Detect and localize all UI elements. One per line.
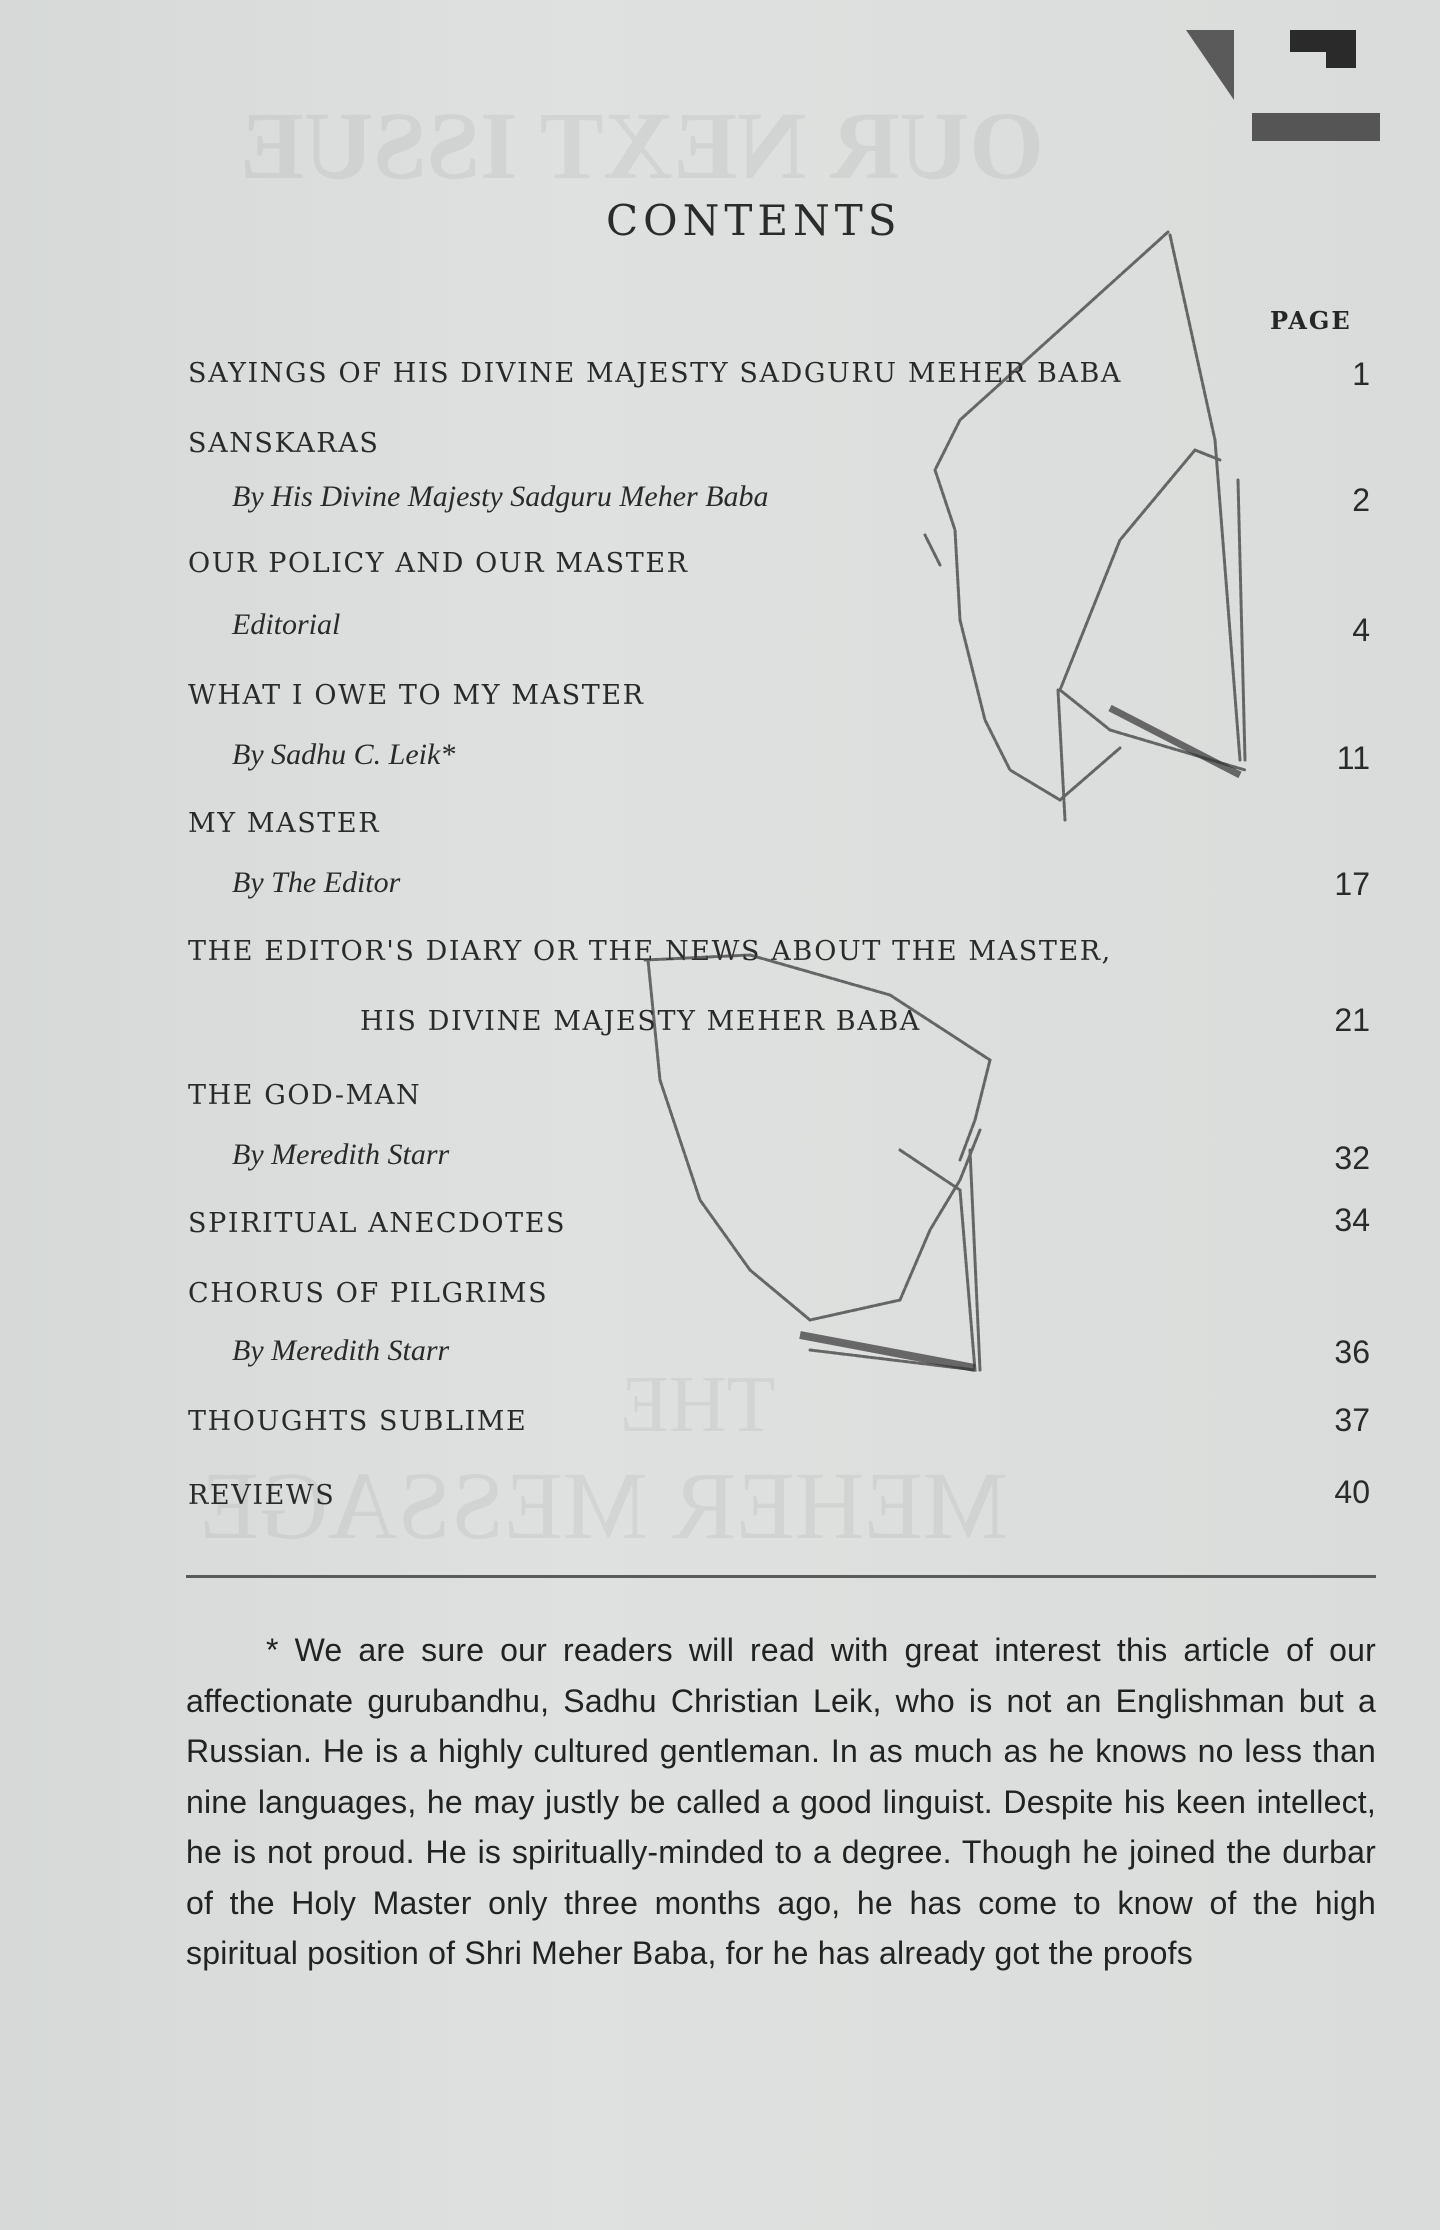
corner-mark-wedge	[1186, 30, 1234, 100]
toc-entry-title[interactable]: THOUGHTS SUBLIME	[188, 1406, 527, 1437]
toc-entry-title[interactable]: OUR POLICY AND OUR MASTER	[188, 548, 689, 579]
toc-entry-page: 4	[1352, 612, 1370, 649]
bleed-through-heading: OUR NEXT ISSUE	[240, 90, 1044, 201]
toc-entry-title[interactable]: THE GOD-MAN	[188, 1080, 421, 1111]
page-column-header: PAGE	[1270, 306, 1352, 335]
toc-entry-title[interactable]: SANSKARAS	[188, 428, 379, 459]
toc-entry-page: 36	[1334, 1334, 1370, 1371]
toc-entry-page: 34	[1334, 1202, 1370, 1239]
footnote: * We are sure our readers will read with…	[186, 1625, 1376, 1979]
corner-mark-bar	[1252, 113, 1380, 141]
toc-entry-title[interactable]: CHORUS OF PILGRIMS	[188, 1278, 548, 1309]
toc-entry-title[interactable]: SAYINGS OF HIS DIVINE MAJESTY SADGURU ME…	[188, 358, 1122, 389]
toc-entry-author: By Meredith Starr	[232, 1334, 449, 1368]
toc-entry-page: 40	[1334, 1474, 1370, 1511]
toc-entry-title[interactable]: THE EDITOR'S DIARY OR THE NEWS ABOUT THE…	[188, 936, 1112, 967]
toc-entry-page: 17	[1334, 866, 1370, 903]
toc-entry-author: By The Editor	[232, 866, 400, 900]
contents-title: CONTENTS	[606, 196, 902, 245]
toc-entry-title[interactable]: MY MASTER	[188, 808, 380, 839]
toc-entry-author: By His Divine Majesty Sadguru Meher Baba	[232, 480, 769, 514]
toc-entry-page: 37	[1334, 1402, 1370, 1439]
toc-entry-title-continued[interactable]: HIS DIVINE MAJESTY MEHER BABA	[360, 1006, 921, 1037]
bleed-through-the: THE	[620, 1360, 776, 1451]
footnote-text: * We are sure our readers will read with…	[186, 1625, 1376, 1979]
toc-entry-page: 11	[1337, 740, 1370, 777]
toc-entry-author: By Meredith Starr	[232, 1138, 449, 1172]
toc-entry-author: Editorial	[232, 608, 340, 642]
toc-entry-page: 32	[1334, 1140, 1370, 1177]
toc-entry-title[interactable]: SPIRITUAL ANECDOTES	[188, 1208, 566, 1239]
toc-entry-page: 2	[1352, 482, 1370, 519]
toc-entry-title[interactable]: REVIEWS	[188, 1480, 335, 1511]
toc-entry-author: By Sadhu C. Leik*	[232, 738, 455, 772]
toc-entry-page: 1	[1352, 356, 1370, 393]
toc-entry-title[interactable]: WHAT I OWE TO MY MASTER	[188, 680, 645, 711]
footnote-divider	[186, 1575, 1376, 1578]
corner-mark-block-2	[1326, 30, 1356, 68]
scanned-page: OUR NEXT ISSUE THE MEHER MESSAGE CONTENT…	[0, 0, 1440, 2230]
toc-entry-page: 21	[1334, 1002, 1370, 1039]
